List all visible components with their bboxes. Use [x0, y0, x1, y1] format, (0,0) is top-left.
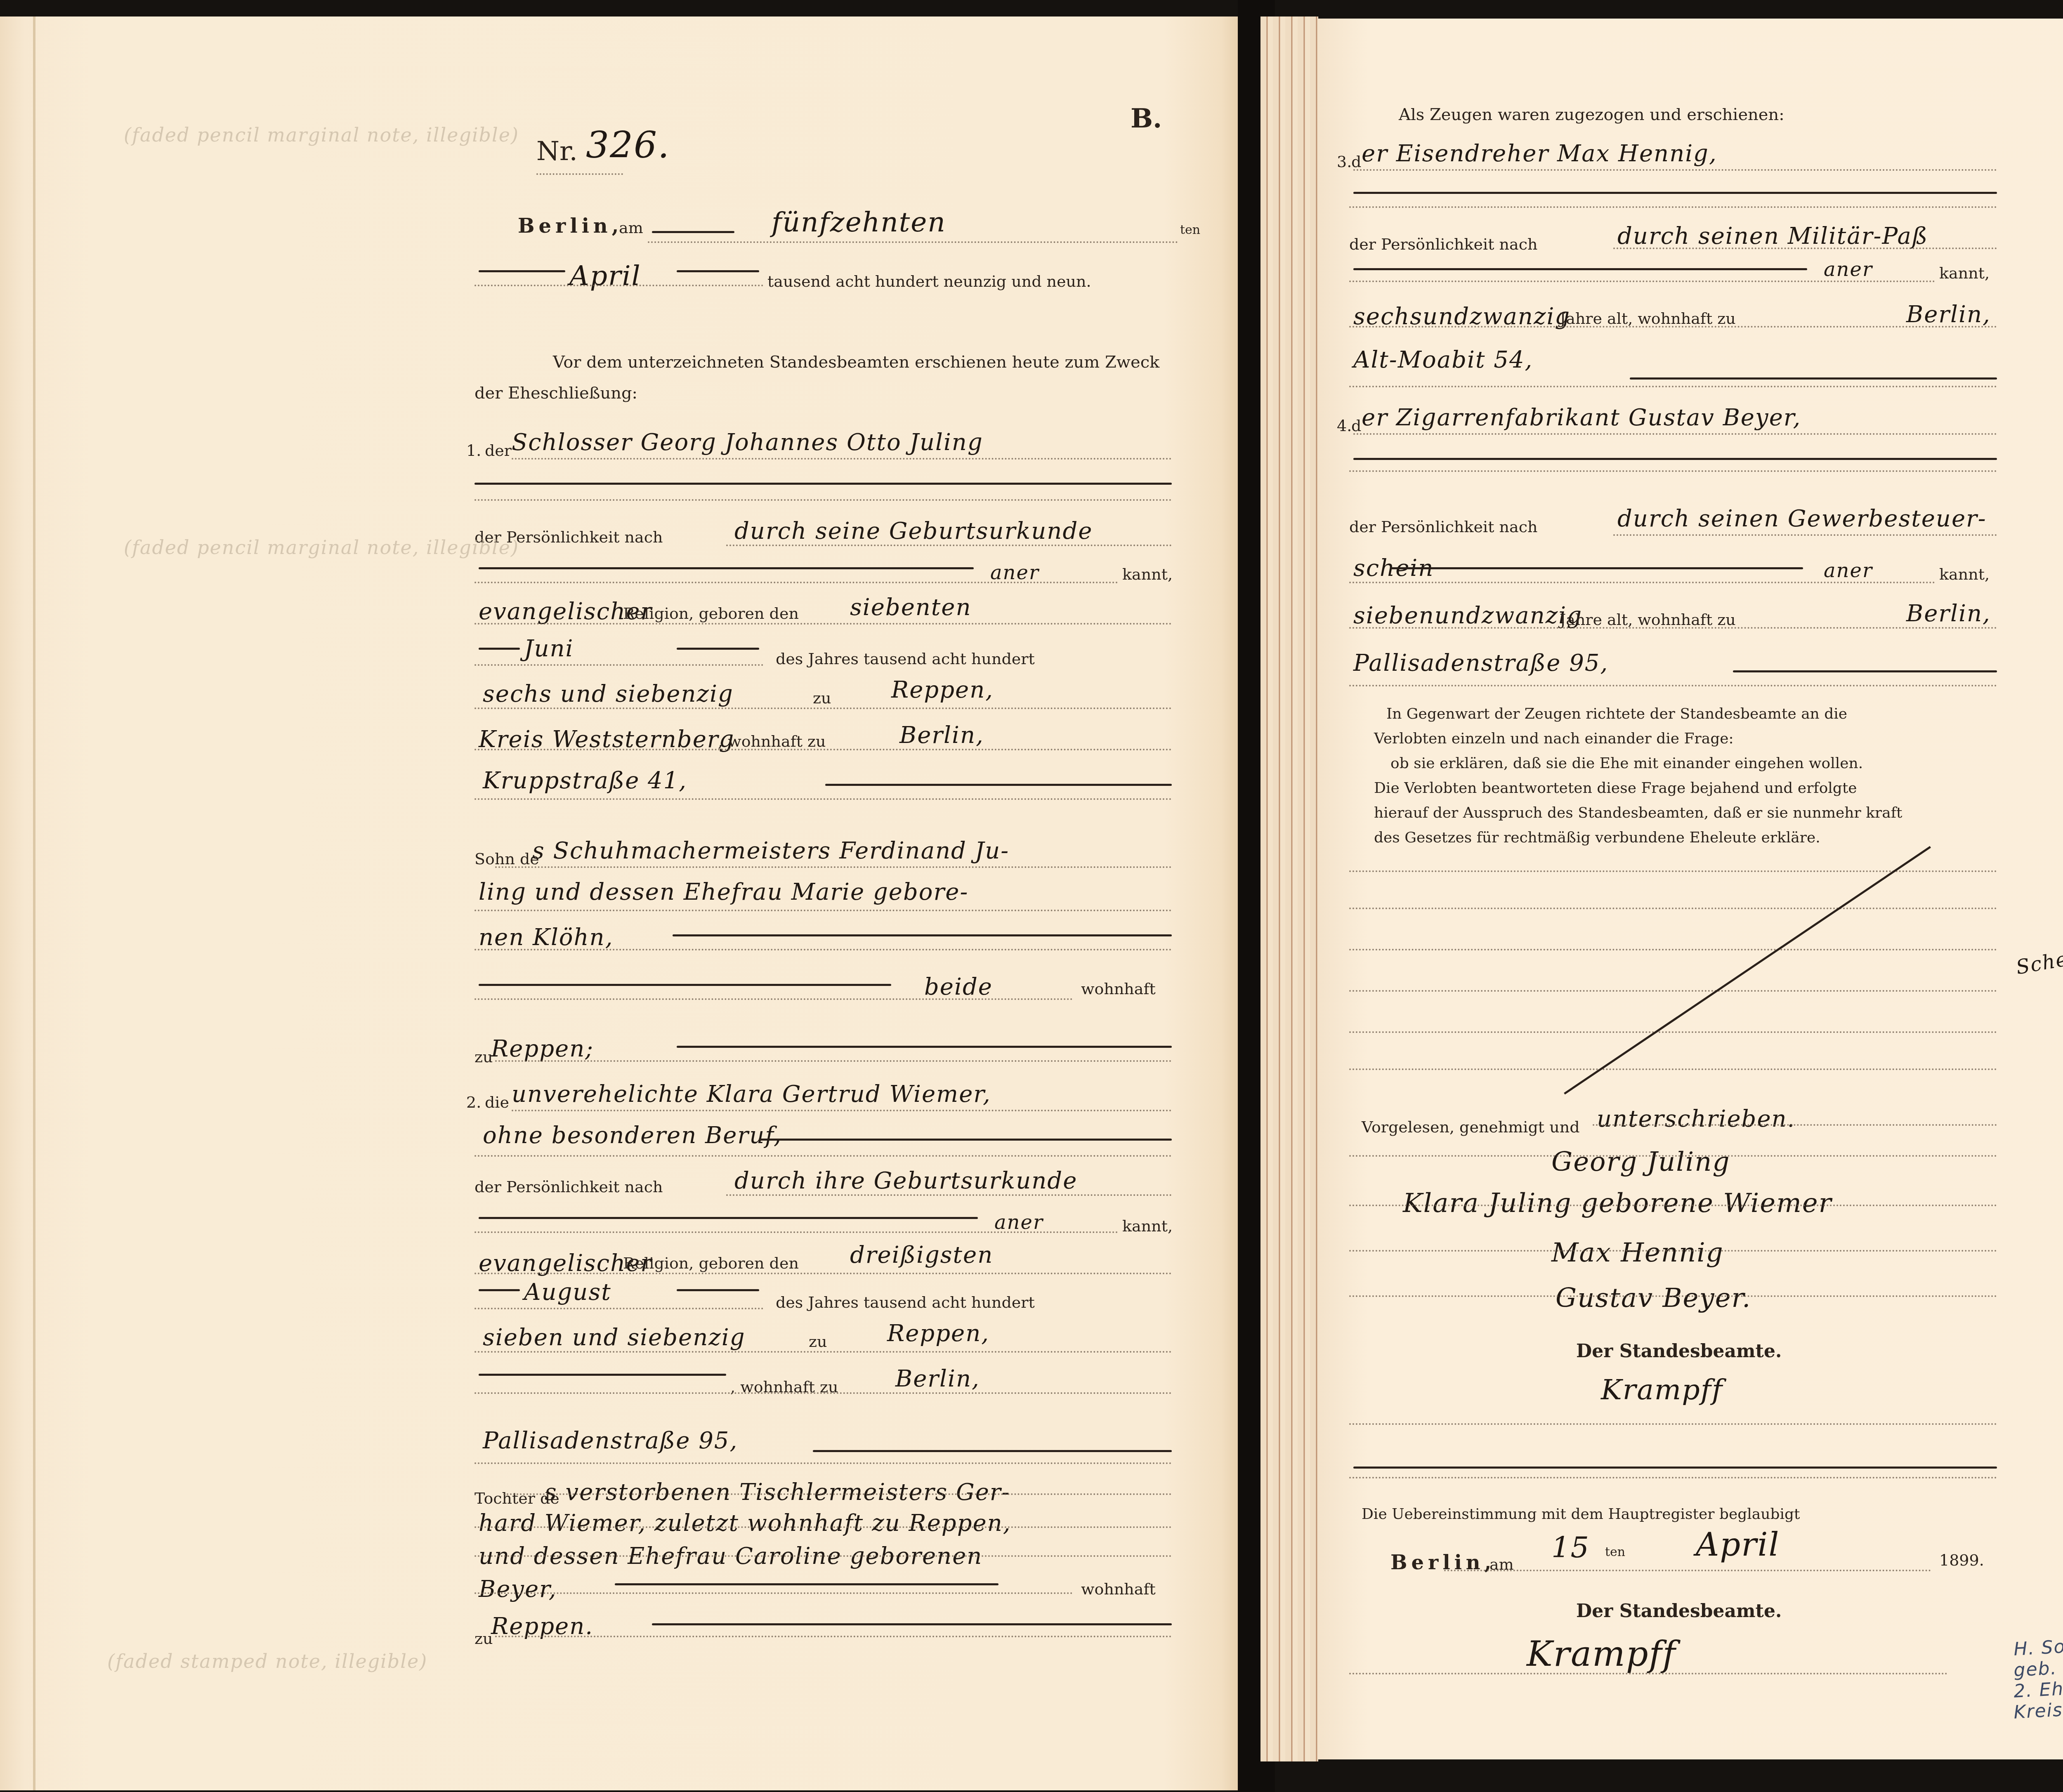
- groom-anerkannt: aner: [990, 561, 1039, 584]
- witness3-der-label: d: [1351, 153, 1361, 171]
- certification-text: Die Uebereinstimmung mit dem Hauptregist…: [1362, 1506, 1800, 1523]
- bride-street: Pallisadenstraße 95,: [483, 1427, 738, 1454]
- witness4-age-label: Jahre alt, wohnhaft zu: [1560, 611, 1736, 629]
- declaration-line1: In Gegenwart der Zeugen richtete der Sta…: [1386, 705, 1847, 722]
- certification-day-suffix: ten: [1605, 1545, 1625, 1559]
- certification-official-signature: Krampff: [1527, 1634, 1676, 1674]
- intro-line2: der Eheschließung:: [474, 384, 637, 403]
- faded-margin-note-1: (faded pencil marginal note, illegible): [124, 124, 519, 146]
- witness4-name: er Zigarrenfabrikant Gustav Beyer,: [1362, 404, 1801, 431]
- witness4-age: siebenundzwanzig: [1353, 602, 1582, 629]
- signing-unterschrieben: unterschrieben.: [1597, 1106, 1795, 1132]
- certification-year: 1899.: [1939, 1551, 1984, 1569]
- page-stack-edges: [1260, 17, 1318, 1761]
- bride-identity: durch ihre Geburtsurkunde: [734, 1167, 1077, 1194]
- witness4-street: Pallisadenstraße 95,: [1353, 650, 1608, 677]
- bride-occupation: ohne besonderen Beruf,: [483, 1122, 782, 1149]
- signing-label: Vorgelesen, genehmigt und: [1362, 1118, 1579, 1136]
- witness3-street: Alt-Moabit 54,: [1353, 347, 1533, 373]
- bride-kannt-label: kannt,: [1122, 1217, 1173, 1235]
- bride-die-label: die: [485, 1093, 509, 1111]
- witness3-age-label: Jahre alt, wohnhaft zu: [1560, 309, 1736, 328]
- bride-birthplace: Reppen,: [887, 1320, 989, 1347]
- bride-identity-label: der Persönlichkeit nach: [474, 1178, 663, 1196]
- signature-witness3: Max Hennig: [1551, 1238, 1724, 1268]
- header-year-text: tausend acht hundert neunzig und neun.: [767, 272, 1091, 290]
- bride-parents-line1: s verstorbenen Tischlermeisters Ger-: [545, 1479, 1010, 1506]
- left-page-fold: [33, 17, 35, 1790]
- bride-residence: Berlin,: [895, 1365, 980, 1392]
- groom-wohnhaft-label: wohnhaft: [1081, 980, 1156, 998]
- witness3-anerkannt: aner: [1824, 258, 1873, 281]
- certification-official-label: Der Standesbeamte.: [1576, 1601, 1782, 1622]
- entry-number-label: Nr.: [536, 136, 578, 167]
- groom-identity: durch seine Geburtsurkunde: [734, 518, 1093, 545]
- official-signature: Krampff: [1601, 1374, 1723, 1406]
- groom-kannt-label: kannt,: [1122, 565, 1173, 583]
- witness3-num: 3.: [1337, 153, 1352, 171]
- bride-birth-month: August: [524, 1279, 611, 1306]
- header-month: April: [569, 260, 641, 292]
- bride-zu-label: zu: [809, 1332, 827, 1351]
- bride-wohnhaft-label: wohnhaft: [1081, 1580, 1156, 1598]
- faded-margin-note-2: (faded pencil marginal note, illegible): [124, 536, 519, 559]
- groom-zu-label2: zu: [474, 1048, 493, 1066]
- entry-number: 326.: [586, 124, 670, 166]
- groom-birth-day: siebenten: [850, 594, 972, 621]
- certification-month: April: [1696, 1526, 1780, 1563]
- header-am-label: am: [619, 219, 643, 237]
- groom-parents-label: Sohn de: [474, 850, 539, 868]
- groom-birthplace: Reppen,: [891, 677, 994, 703]
- header-day: fünfzehnten: [772, 206, 946, 238]
- faded-margin-note-3: (faded stamped note, illegible): [107, 1650, 427, 1672]
- declaration-line6: des Gesetzes für rechtmäßig verbundene E…: [1374, 829, 1820, 846]
- bride-parents-line2: hard Wiemer, zuletzt wohnhaft zu Reppen,: [479, 1510, 1011, 1537]
- witnesses-intro: Als Zeugen waren zugezogen und erschiene…: [1399, 105, 1784, 124]
- official-label: Der Standesbeamte.: [1576, 1341, 1782, 1362]
- certification-day: 15: [1551, 1530, 1590, 1564]
- witness4-residence: Berlin,: [1906, 600, 1991, 627]
- groom-parents-line3: nen Klöhn,: [479, 924, 613, 951]
- witness3-identity: durch seinen Militär-Paß: [1617, 223, 1928, 250]
- groom-parents-residence: Reppen;: [491, 1035, 594, 1062]
- witness3-identity-label: der Persönlichkeit nach: [1349, 235, 1537, 253]
- bride-religion-label: Religion, geboren den: [623, 1254, 799, 1272]
- declaration-line3: ob sie erklären, daß sie die Ehe mit ein…: [1390, 755, 1863, 772]
- witness4-kannt-label: kannt,: [1939, 565, 1990, 583]
- bride-name: unverehelichte Klara Gertrud Wiemer,: [512, 1081, 991, 1108]
- groom-residence-label: , wohnhaft zu: [718, 732, 826, 750]
- groom-zu-label: zu: [813, 689, 831, 707]
- groom-religion-label: Religion, geboren den: [623, 604, 799, 622]
- declaration-line5: hierauf der Ausspruch des Standesbeamten…: [1374, 804, 1902, 821]
- groom-name: Schlosser Georg Johannes Otto Juling: [512, 429, 983, 456]
- bride-year-label: des Jahres tausend acht hundert: [776, 1293, 1035, 1311]
- groom-street: Kruppstraße 41,: [483, 767, 687, 794]
- witness4-identity-label: der Persönlichkeit nach: [1349, 518, 1537, 536]
- witness4-anerkannt: aner: [1824, 559, 1873, 582]
- bride-birth-day: dreißigsten: [850, 1242, 993, 1269]
- blue-annotation: H. Sohn Walter Gerhard Ferdinand geb. St…: [2013, 1629, 2063, 1714]
- witness3-name: er Eisendreher Max Hennig,: [1362, 140, 1717, 167]
- signature-witness4: Gustav Beyer.: [1556, 1283, 1751, 1313]
- groom-year-label: des Jahres tausend acht hundert: [776, 650, 1035, 668]
- bride-parents-line4: Beyer,: [479, 1576, 557, 1603]
- groom-parents-line1: s Schuhmachermeisters Ferdinand Ju-: [532, 837, 1009, 864]
- witness3-residence: Berlin,: [1906, 301, 1991, 328]
- groom-num: 1.: [466, 441, 481, 460]
- signature-bride: Klara Juling geborene Wiemer: [1403, 1188, 1832, 1219]
- bride-birth-year: sieben und siebenzig: [483, 1324, 746, 1351]
- intro-line1: Vor dem unterzeichneten Standesbeamten e…: [553, 353, 1159, 372]
- witness3-kannt-label: kannt,: [1939, 264, 1990, 282]
- groom-residence: Berlin,: [899, 722, 984, 749]
- header-day-suffix: ten: [1180, 223, 1200, 237]
- groom-birth-month: Juni: [524, 635, 574, 662]
- header-place: Berlin,: [518, 215, 623, 238]
- signature-groom: Georg Juling: [1551, 1147, 1730, 1177]
- groom-birth-year: sechs und siebenzig: [483, 681, 734, 707]
- witness4-der-label: d: [1351, 417, 1361, 435]
- witness4-identity: durch seinen Gewerbesteuer-: [1617, 505, 1987, 532]
- bride-num: 2.: [466, 1093, 481, 1111]
- declaration-line4: Die Verlobten beantworteten diese Frage …: [1374, 780, 1857, 797]
- declaration-line2: Verlobten einzeln und nach einander die …: [1374, 730, 1734, 747]
- witness4-num: 4.: [1337, 417, 1352, 435]
- bride-zu-label2: zu: [474, 1629, 493, 1648]
- bride-anerkannt: aner: [994, 1211, 1043, 1234]
- groom-beide: beide: [924, 974, 993, 1000]
- groom-parents-line2: ling und dessen Ehefrau Marie gebore-: [479, 879, 968, 905]
- form-series-letter: B.: [1131, 103, 1162, 134]
- groom-der-label: der: [485, 441, 512, 460]
